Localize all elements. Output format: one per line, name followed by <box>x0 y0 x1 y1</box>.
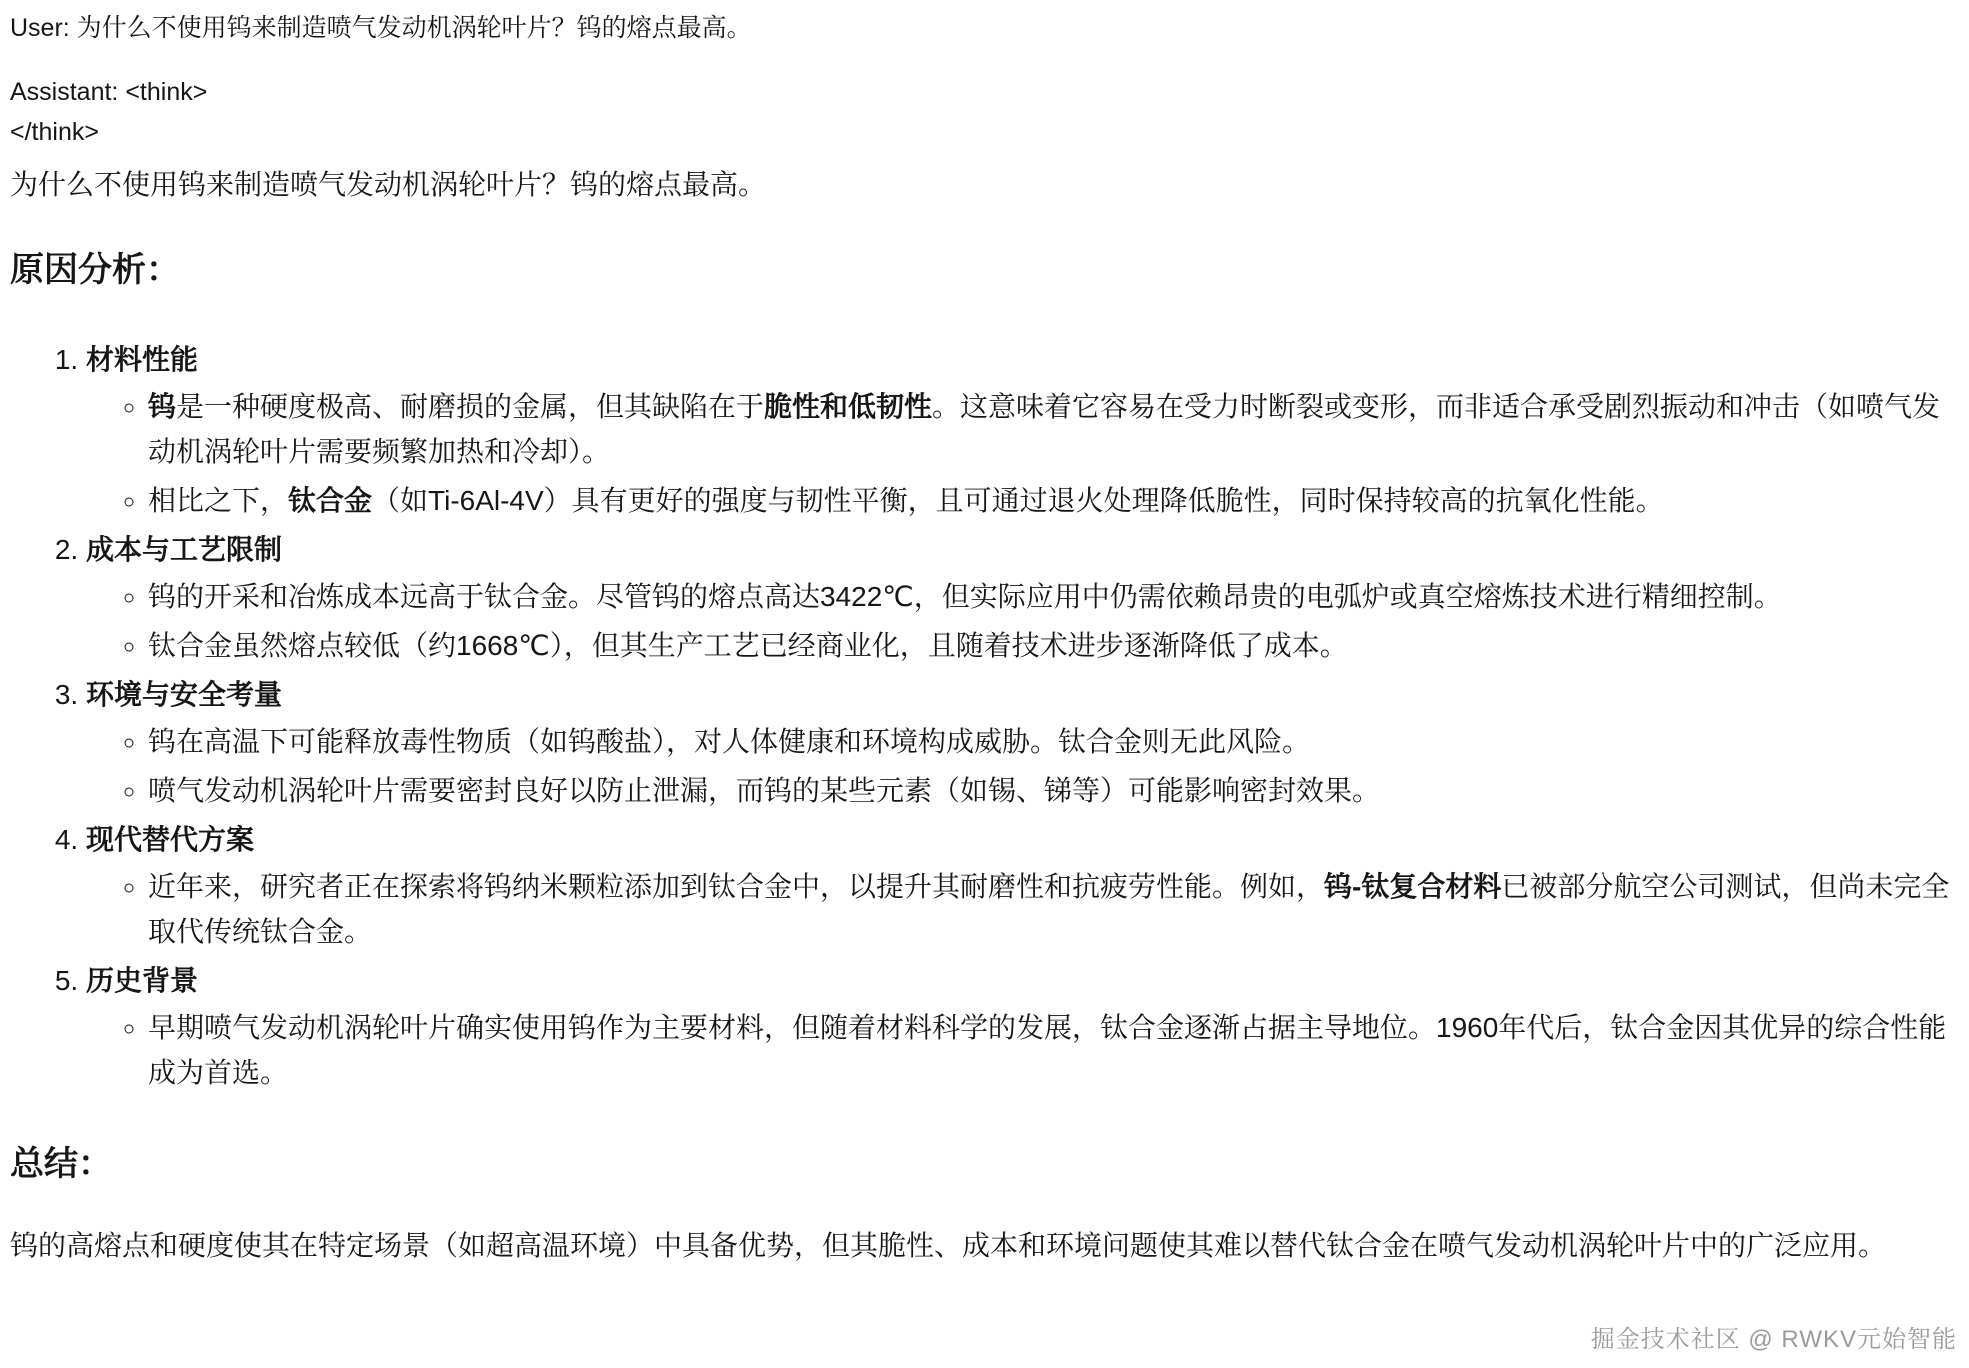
user-prompt-line: User: 为什么不使用钨来制造喷气发动机涡轮叶片？钨的熔点最高。 <box>10 8 1955 48</box>
analysis-bullet-list: 钨是一种硬度极高、耐磨损的金属，但其缺陷在于脆性和低韧性。这意味着它容易在受力时… <box>86 384 1955 523</box>
analysis-bullet: 相比之下，钛合金（如Ti-6Al-4V）具有更好的强度与韧性平衡，且可通过退火处… <box>148 478 1955 523</box>
analysis-bullet: 早期喷气发动机涡轮叶片确实使用钨作为主要材料，但随着材料科学的发展，钛合金逐渐占… <box>148 1005 1955 1095</box>
analysis-item-title: 环境与安全考量 <box>86 679 282 710</box>
analysis-bullet: 钨在高温下可能释放毒性物质（如钨酸盐），对人体健康和环境构成威胁。钛合金则无此风… <box>148 719 1955 764</box>
analysis-bullet: 钛合金虽然熔点较低（约1668℃），但其生产工艺已经商业化，且随着技术进步逐渐降… <box>148 623 1955 668</box>
analysis-bullet-list: 近年来，研究者正在探索将钨纳米颗粒添加到钛合金中，以提升其耐磨性和抗疲劳性能。例… <box>86 864 1955 954</box>
analysis-item-title: 历史背景 <box>86 965 198 996</box>
analysis-item: 成本与工艺限制钨的开采和冶炼成本远高于钛合金。尽管钨的熔点高达3422℃，但实际… <box>86 527 1955 668</box>
text-run: 钨的开采和冶炼成本远高于钛合金。尽管钨的熔点高达3422℃，但实际应用中仍需依赖… <box>148 581 1782 612</box>
analysis-bullet: 钨的开采和冶炼成本远高于钛合金。尽管钨的熔点高达3422℃，但实际应用中仍需依赖… <box>148 574 1955 619</box>
analysis-item-title: 成本与工艺限制 <box>86 534 282 565</box>
analysis-bullet-list: 钨的开采和冶炼成本远高于钛合金。尽管钨的熔点高达3422℃，但实际应用中仍需依赖… <box>86 574 1955 668</box>
restated-question: 为什么不使用钨来制造喷气发动机涡轮叶片？钨的熔点最高。 <box>10 162 1955 207</box>
analysis-bullet: 喷气发动机涡轮叶片需要密封良好以防止泄漏，而钨的某些元素（如锡、锑等）可能影响密… <box>148 768 1955 813</box>
text-run: 是一种硬度极高、耐磨损的金属，但其缺陷在于 <box>176 391 764 422</box>
bold-text-run: 脆性和低韧性 <box>764 391 932 422</box>
analysis-item: 历史背景早期喷气发动机涡轮叶片确实使用钨作为主要材料，但随着材料科学的发展，钛合… <box>86 958 1955 1095</box>
analysis-bullet: 近年来，研究者正在探索将钨纳米颗粒添加到钛合金中，以提升其耐磨性和抗疲劳性能。例… <box>148 864 1955 954</box>
analysis-heading: 原因分析： <box>10 245 1955 295</box>
bold-text-run: 钛合金 <box>288 485 372 516</box>
analysis-item-title: 材料性能 <box>86 344 198 375</box>
text-run: 钛合金虽然熔点较低（约1668℃），但其生产工艺已经商业化，且随着技术进步逐渐降… <box>148 630 1348 661</box>
analysis-item: 现代替代方案近年来，研究者正在探索将钨纳米颗粒添加到钛合金中，以提升其耐磨性和抗… <box>86 817 1955 954</box>
analysis-bullet-list: 早期喷气发动机涡轮叶片确实使用钨作为主要材料，但随着材料科学的发展，钛合金逐渐占… <box>86 1005 1955 1095</box>
text-run: 喷气发动机涡轮叶片需要密封良好以防止泄漏，而钨的某些元素（如锡、锑等）可能影响密… <box>148 775 1380 806</box>
analysis-item: 环境与安全考量钨在高温下可能释放毒性物质（如钨酸盐），对人体健康和环境构成威胁。… <box>86 672 1955 813</box>
bold-text-run: 钨 <box>148 391 176 422</box>
summary-paragraph: 钨的高熔点和硬度使其在特定场景（如超高温环境）中具备优势，但其脆性、成本和环境问… <box>10 1223 1948 1268</box>
analysis-item-title: 现代替代方案 <box>86 824 254 855</box>
analysis-item: 材料性能钨是一种硬度极高、耐磨损的金属，但其缺陷在于脆性和低韧性。这意味着它容易… <box>86 337 1955 523</box>
text-run: 早期喷气发动机涡轮叶片确实使用钨作为主要材料，但随着材料科学的发展，钛合金逐渐占… <box>148 1012 1946 1088</box>
analysis-bullet: 钨是一种硬度极高、耐磨损的金属，但其缺陷在于脆性和低韧性。这意味着它容易在受力时… <box>148 384 1955 474</box>
text-run: 钨在高温下可能释放毒性物质（如钨酸盐），对人体健康和环境构成威胁。钛合金则无此风… <box>148 726 1310 757</box>
analysis-list: 材料性能钨是一种硬度极高、耐磨损的金属，但其缺陷在于脆性和低韧性。这意味着它容易… <box>10 337 1955 1095</box>
analysis-bullet-list: 钨在高温下可能释放毒性物质（如钨酸盐），对人体健康和环境构成威胁。钛合金则无此风… <box>86 719 1955 813</box>
text-run: （如Ti-6Al-4V）具有更好的强度与韧性平衡，且可通过退火处理降低脆性，同时… <box>372 485 1664 516</box>
assistant-think-close-line: </think> <box>10 112 1955 152</box>
text-run: 相比之下， <box>148 485 288 516</box>
blank-gap <box>10 48 1955 72</box>
summary-heading: 总结： <box>10 1139 1955 1189</box>
watermark: 掘金技术社区 @ RWKV元始智能 <box>1591 1319 1957 1354</box>
assistant-think-open-line: Assistant: <think> <box>10 72 1955 112</box>
bold-text-run: 钨-钛复合材料 <box>1324 871 1501 902</box>
text-run: 近年来，研究者正在探索将钨纳米颗粒添加到钛合金中，以提升其耐磨性和抗疲劳性能。例… <box>148 871 1324 902</box>
transcript-page: User: 为什么不使用钨来制造喷气发动机涡轮叶片？钨的熔点最高。 Assist… <box>0 0 1969 1268</box>
